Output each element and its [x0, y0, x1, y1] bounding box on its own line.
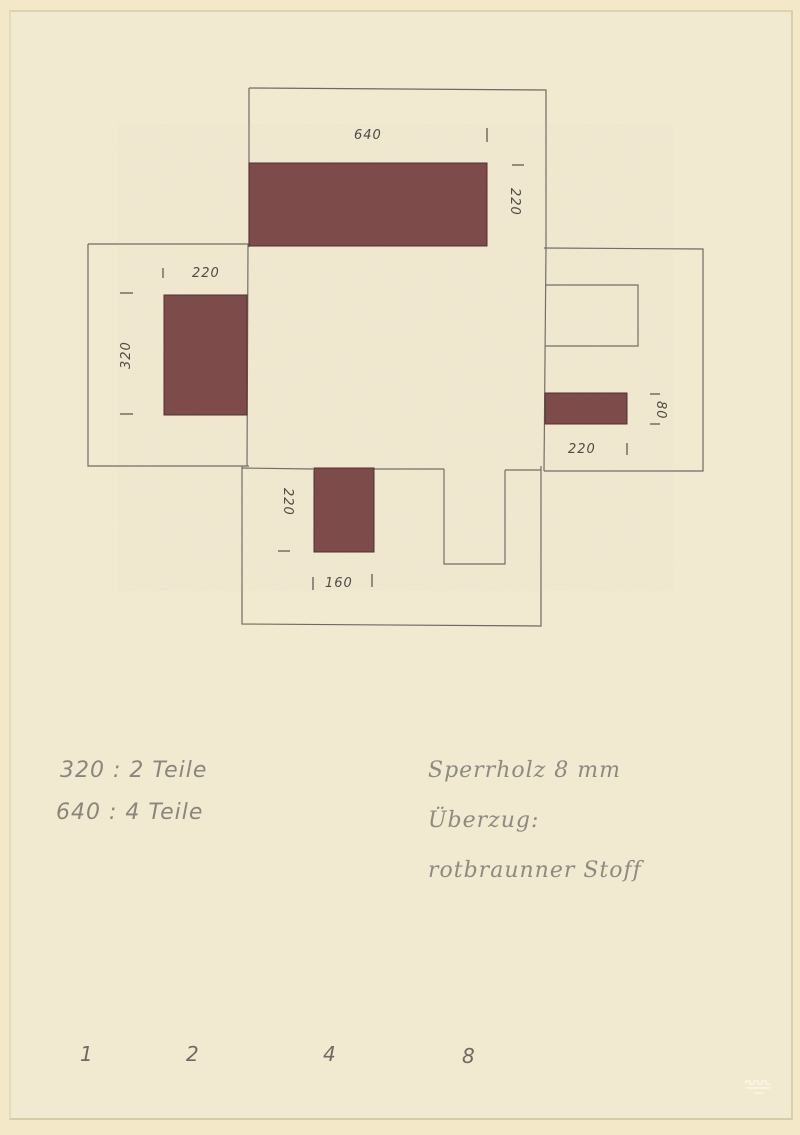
note-covering-fabric: rotbraunner Stoff	[428, 858, 642, 883]
scale-number-1: 1	[80, 1042, 94, 1066]
note-part-count-640: 640 : 4 Teile	[56, 800, 203, 825]
note-covering-label: Überzug:	[428, 808, 539, 833]
top-width-label: 640	[354, 128, 382, 143]
right-height-label: 80	[653, 401, 668, 420]
show-through-signature	[210, 1010, 248, 1054]
left-width-label: 220	[192, 266, 220, 281]
note-material: Sperrholz 8 mm	[428, 758, 621, 783]
right-width-label: 220	[568, 442, 596, 457]
center-vertical-right	[544, 247, 546, 471]
note-part-count-320: 320 : 2 Teile	[60, 758, 207, 783]
scale-number-4: 4	[323, 1042, 337, 1066]
box-net-drawing	[0, 0, 800, 1135]
bottom-fabric-panel	[314, 468, 374, 552]
bottom-width-label: 160	[325, 576, 353, 591]
right-panel-notch	[545, 285, 638, 346]
scale-number-2: 2	[186, 1042, 200, 1066]
left-height-label: 320	[119, 341, 134, 369]
left-fabric-panel	[164, 295, 247, 415]
top-fabric-panel	[249, 163, 487, 246]
bottom-height-label: 220	[280, 488, 295, 516]
bottom-panel-notch	[444, 469, 505, 564]
right-panel-outline	[544, 248, 703, 471]
right-fabric-panel	[545, 393, 627, 424]
scale-number-8: 8	[462, 1044, 476, 1068]
top-height-label: 220	[507, 188, 522, 216]
collection-stamp-icon	[744, 1078, 772, 1098]
